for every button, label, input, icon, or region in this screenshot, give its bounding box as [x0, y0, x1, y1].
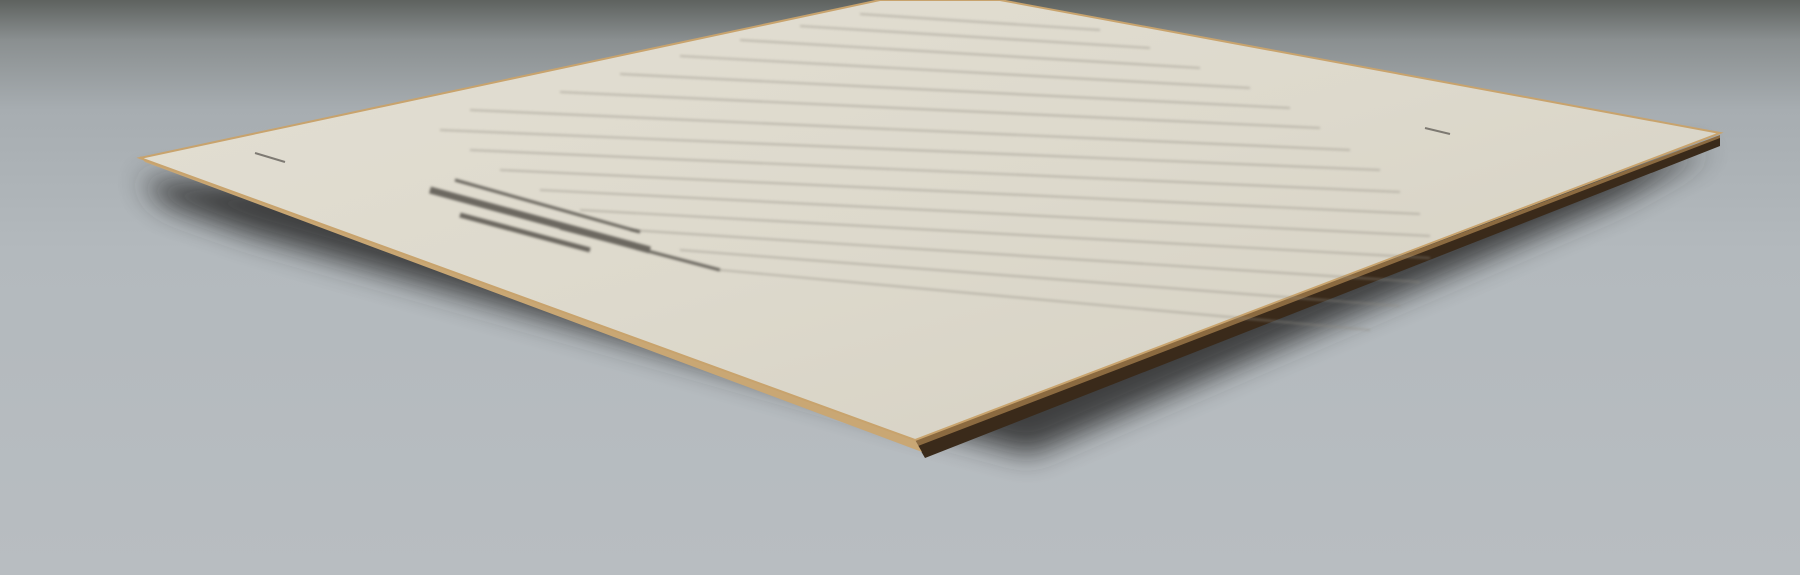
album-illustration — [0, 0, 1800, 575]
photo-scene: Beethoven TRIO IN E-FLAT, Op. 3 HEIFETZ,… — [0, 0, 1800, 575]
album-cover — [140, 0, 1720, 440]
